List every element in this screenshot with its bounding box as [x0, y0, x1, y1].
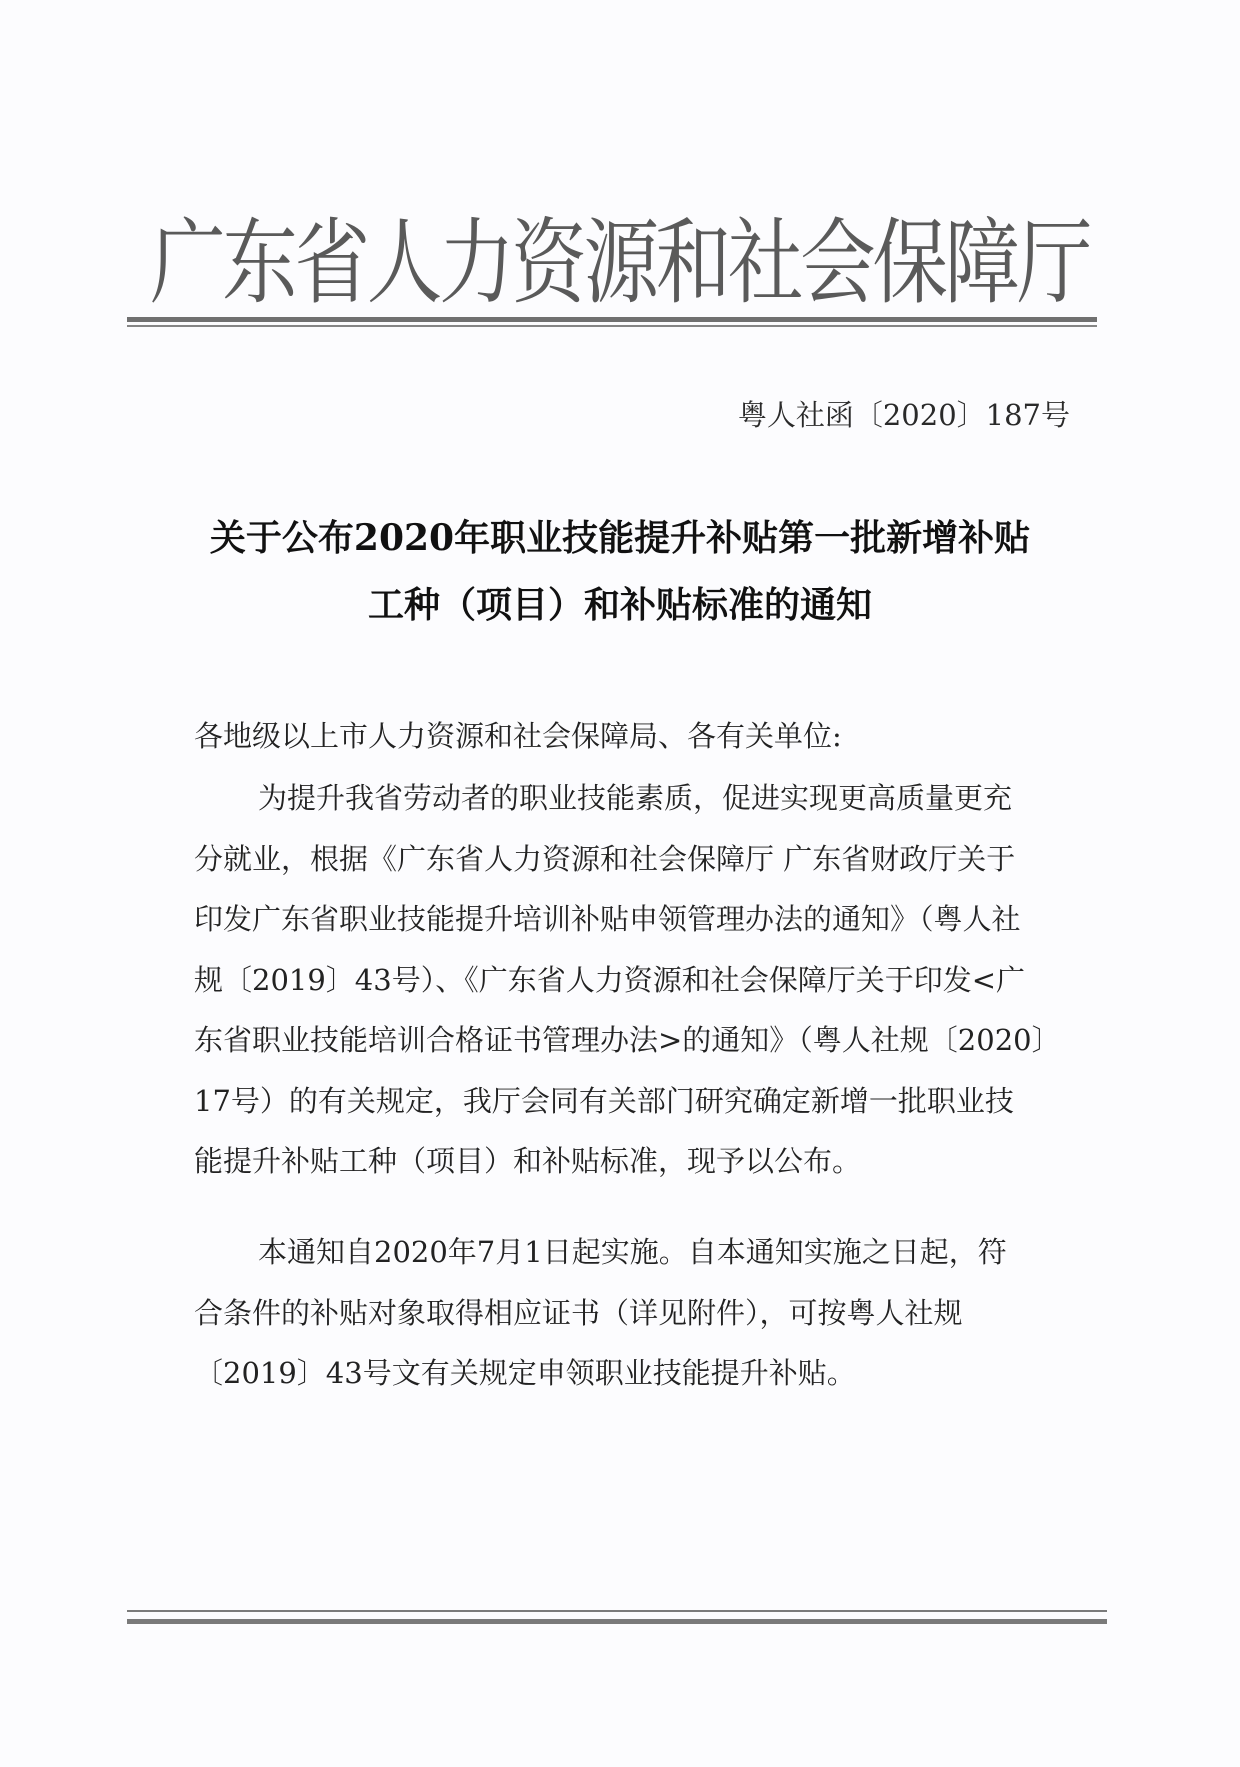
- footer-rule-thick: [127, 1619, 1107, 1624]
- title-line-1: 关于公布2020年职业技能提升补贴第一批新增补贴: [140, 505, 1100, 572]
- letterhead-agency-name: 广东省人力资源和社会保障厅: [150, 210, 958, 316]
- paragraph-line: 为提升我省劳动者的职业技能素质，促进实现更高质量更充: [194, 768, 1074, 829]
- document-number: 粤人社函〔2020〕187号: [730, 393, 1070, 434]
- footer-rule-thin: [127, 1610, 1107, 1612]
- body-paragraph-1: 为提升我省劳动者的职业技能素质，促进实现更高质量更充 分就业，根据《广东省人力资…: [194, 768, 1074, 1192]
- salutation: 各地级以上市人力资源和社会保障局、各有关单位:: [194, 714, 842, 755]
- paragraph-line: 本通知自2020年7月1日起实施。自本通知实施之日起，符: [194, 1222, 1074, 1283]
- document-page: 广东省人力资源和社会保障厅 粤人社函〔2020〕187号 关于公布2020年职业…: [0, 0, 1240, 1767]
- paragraph-line: 印发广东省职业技能提升培训补贴申领管理办法的通知》（粤人社: [194, 889, 1074, 950]
- document-title: 关于公布2020年职业技能提升补贴第一批新增补贴 工种（项目）和补贴标准的通知: [140, 505, 1100, 639]
- letterhead-rule-thick: [127, 317, 1097, 322]
- paragraph-line: 〔2019〕43号文有关规定申领职业技能提升补贴。: [194, 1343, 1074, 1404]
- paragraph-line: 东省职业技能培训合格证书管理办法>的通知》（粤人社规〔2020〕: [194, 1010, 1074, 1071]
- paragraph-line: 能提升补贴工种（项目）和补贴标准，现予以公布。: [194, 1131, 1074, 1192]
- paragraph-line: 规〔2019〕43号）、《广东省人力资源和社会保障厅关于印发<广: [194, 950, 1074, 1011]
- paragraph-line: 分就业，根据《广东省人力资源和社会保障厅 广东省财政厅关于: [194, 829, 1074, 890]
- letterhead-rule-thin: [127, 325, 1097, 327]
- paragraph-line: 合条件的补贴对象取得相应证书（详见附件），可按粤人社规: [194, 1283, 1074, 1344]
- body-paragraph-2: 本通知自2020年7月1日起实施。自本通知实施之日起，符 合条件的补贴对象取得相…: [194, 1222, 1074, 1404]
- title-line-2: 工种（项目）和补贴标准的通知: [140, 572, 1100, 639]
- paragraph-line: 17号）的有关规定，我厅会同有关部门研究确定新增一批职业技: [194, 1071, 1074, 1132]
